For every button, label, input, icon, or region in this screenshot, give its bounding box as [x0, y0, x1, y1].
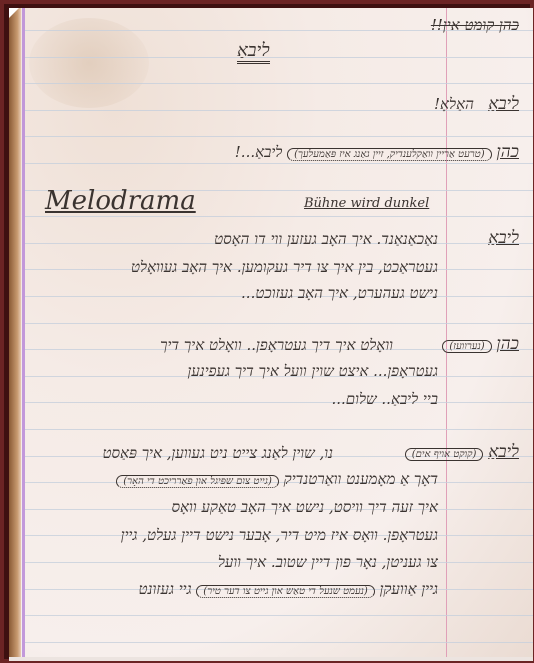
- bottom-edge: [9, 657, 533, 661]
- dialogue-text: צו געניטן, נאָר פון דיין שטוב. איך וועל: [218, 553, 438, 572]
- dialogue-text: האַלאָ!: [434, 95, 474, 113]
- ruled-line: [25, 163, 533, 164]
- stage-direction: (גייט צום שפּיגל און פאַרריכט די האָר): [116, 475, 279, 488]
- dialogue-line: דאָך אַ מאָמענט וואַרטנדיק (גייט צום שפּ…: [116, 470, 438, 489]
- notebook-page: כהן קומט אין!! ליבאַ ליבאַ האַלאָ! כהן (…: [9, 8, 533, 661]
- speaker-label: ליבאַ: [488, 442, 519, 462]
- dialogue-line: ליבאַ האַלאָ!: [434, 94, 519, 114]
- stage-note: Bühne wird dunkel: [304, 196, 429, 211]
- dialogue-line: כהן (טרעט אַריין וואַקלענדיק, זיין גאַנג…: [235, 142, 519, 162]
- stage-direction: (נעמט שנעל די טאַש און גייט צו דער טיר): [196, 585, 374, 598]
- ruled-line: [25, 216, 533, 217]
- dialogue-text: נישט געהערט, איך האָב געזוכט...: [241, 284, 438, 303]
- dialogue-text: וואָלט איך דיך געטראָפן.. וואָלט איך דיך: [160, 336, 393, 355]
- ruled-line: [25, 642, 533, 643]
- dialogue-text: ביי ליבאַ.. שלום...: [332, 390, 439, 409]
- dialogue-text: נאַכאַנאַנד. איך האָב געזען ווי דו האָסט: [214, 230, 438, 249]
- stage-direction: (קוקט אויף אים): [405, 448, 484, 461]
- stage-direction: (נערוועז): [442, 340, 491, 353]
- speaker-label: ליבאַ: [488, 228, 519, 248]
- dialogue-text: דאָך אַ מאָמענט וואַרטנדיק: [284, 470, 438, 488]
- scan-frame: כהן קומט אין!! ליבאַ ליבאַ האַלאָ! כהן (…: [0, 0, 534, 663]
- page-spine: [9, 8, 21, 661]
- dialogue-text: ליבאַ...!: [235, 143, 283, 161]
- dialogue-text: געטראָפן... איצט שוין וועל איך דיך געפינ…: [188, 362, 438, 381]
- page-title: ליבאַ: [237, 40, 270, 64]
- ruled-line: [25, 615, 533, 616]
- ruled-line: [25, 83, 533, 84]
- ruled-line: [25, 429, 533, 430]
- dialogue-text: געטראַכט, בין איך צו דיר געקומען. איך הא…: [131, 258, 438, 277]
- ruled-line: [25, 323, 533, 324]
- dialogue-text: קומט אין!!: [431, 16, 494, 34]
- dialogue-line: כהן (נערוועז): [442, 334, 519, 354]
- dialogue-line: ליבאַ: [488, 228, 519, 248]
- speaker-label: כהן: [499, 16, 519, 34]
- paper-stain: [29, 18, 149, 108]
- spine-line: [22, 8, 25, 661]
- speaker-label: כהן: [496, 142, 519, 162]
- struck-header-line: כהן קומט אין!!: [431, 16, 519, 35]
- speaker-label: ליבאַ: [488, 94, 519, 114]
- dialogue-text: גיי געזונט: [139, 580, 192, 598]
- dialogue-text: איך זעה דיך וויסט, נישט איך האָב טאַקע ו…: [171, 498, 438, 517]
- dialogue-text: נו, שוין לאַנג צייט ניט געווען, איך פּאַ…: [102, 444, 333, 463]
- ruled-line: [25, 57, 533, 58]
- dialogue-text: גיין אַוועקן: [380, 580, 438, 598]
- dialogue-line: גיין אַוועקן (נעמט שנעל די טאַש און גייט…: [139, 580, 438, 599]
- ruled-line: [25, 402, 533, 403]
- melodrama-heading: Melodrama: [45, 186, 196, 216]
- speaker-label: כהן: [496, 334, 519, 354]
- dialogue-line: ליבאַ (קוקט אויף אים): [405, 442, 519, 462]
- stage-direction: (טרעט אַריין וואַקלענדיק, זיין גאַנג איז…: [287, 148, 492, 161]
- dialogue-text: געטראָפן. וואָס איז מיט דיר, אָבער נישט …: [121, 526, 438, 545]
- ruled-line: [25, 136, 533, 137]
- folded-corner: [9, 8, 19, 18]
